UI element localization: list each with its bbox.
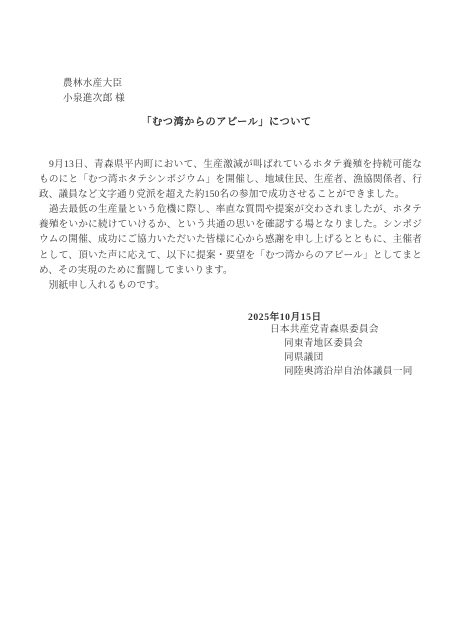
signature-line-2: 同東青地区委員会: [284, 337, 413, 351]
document-page: 農林水産大臣 小泉進次郎 様 「むつ湾からのアピール」について 9月13日、青森…: [0, 0, 453, 640]
date-line: 2025年10月15日: [248, 309, 322, 323]
signature-line-1: 日本共産党青森県委員会: [270, 323, 413, 337]
recipient-block: 農林水産大臣 小泉進次郎 様: [63, 76, 125, 106]
recipient-title-line: 農林水産大臣: [63, 76, 125, 91]
signature-line-3: 同県議団: [284, 351, 413, 365]
document-title: 「むつ湾からのアピール」について: [0, 113, 453, 128]
recipient-name-line: 小泉進次郎 様: [63, 91, 125, 106]
signature-line-4: 同陸奥湾沿岸自治体議員一同: [284, 365, 413, 379]
signature-block: 日本共産党青森県委員会 同東青地区委員会 同県議団 同陸奥湾沿岸自治体議員一同: [270, 323, 413, 379]
paragraph-1: 9月13日、青森県平内町において、生産激減が叫ばれているホタテ養殖を持続可能なも…: [39, 157, 422, 202]
paragraph-3: 別紙申し入れるものです。: [39, 278, 422, 293]
paragraph-2: 過去最低の生産量という危機に際し、率直な質問や提案が交わされましたが、ホタテ養殖…: [39, 202, 422, 277]
letter-body: 9月13日、青森県平内町において、生産激減が叫ばれているホタテ養殖を持続可能なも…: [39, 157, 422, 293]
